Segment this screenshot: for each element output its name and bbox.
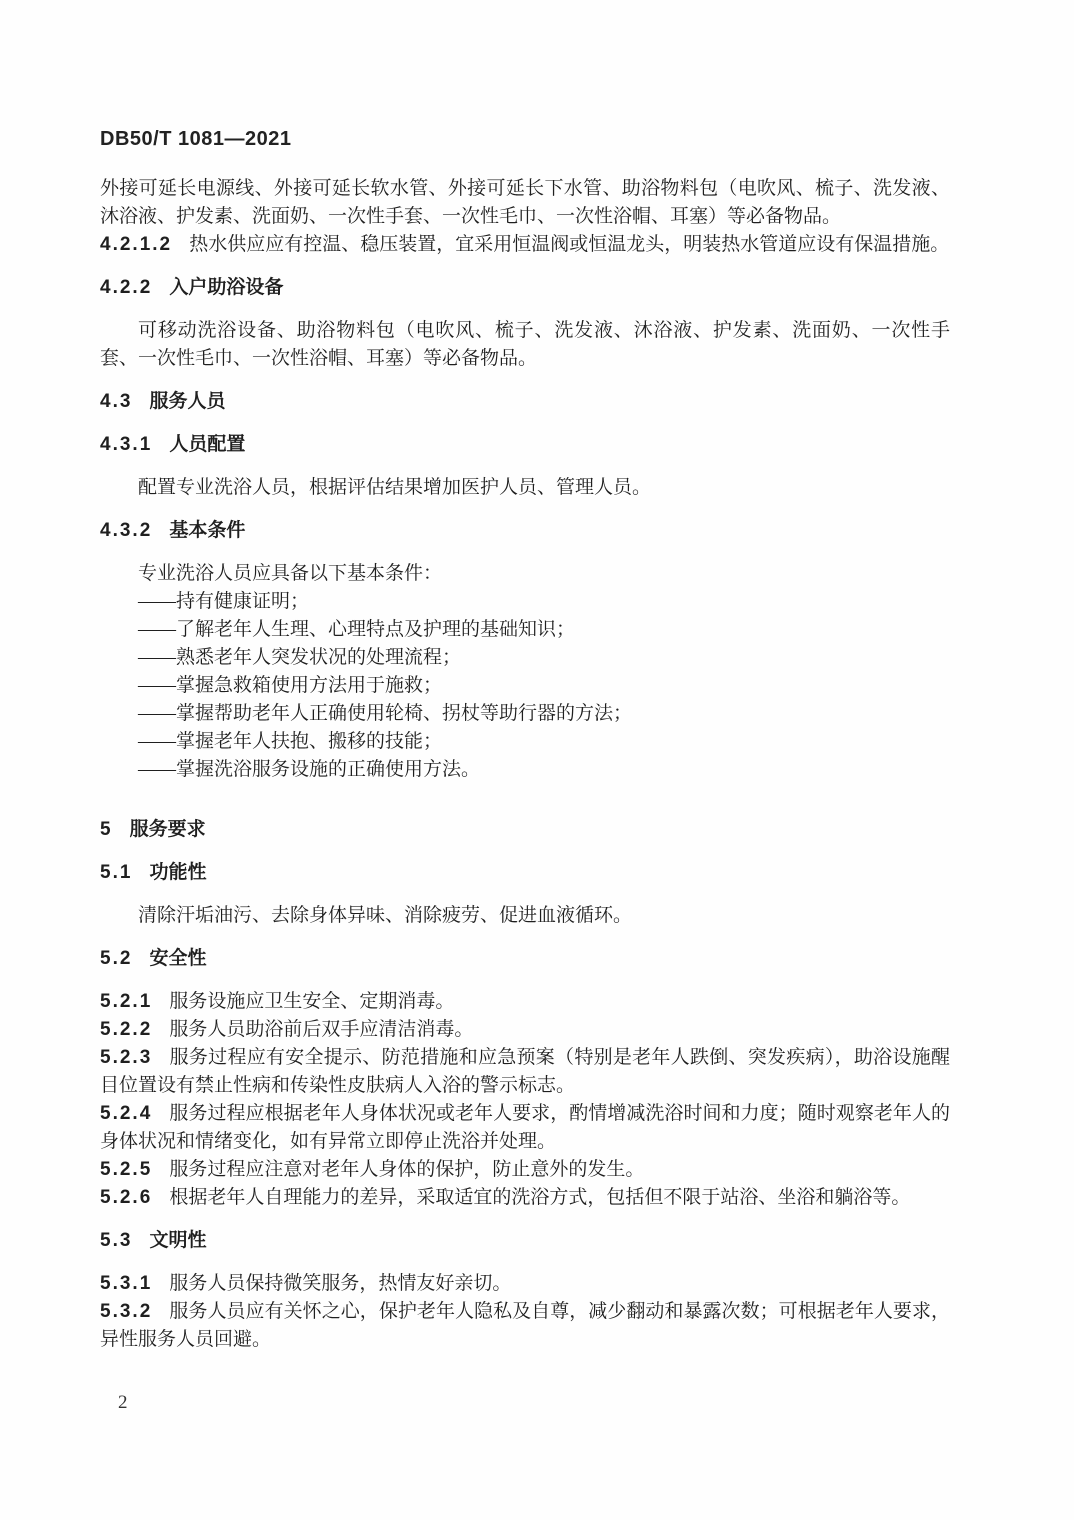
heading-5-1: 5.1功能性 xyxy=(100,859,950,887)
heading-4-3-2: 4.3.2基本条件 xyxy=(100,517,950,545)
paragraph-4-2-2: 可移动洗浴设备、助浴物料包（电吹风、梳子、洗发液、沐浴液、护发素、洗面奶、一次性… xyxy=(100,317,950,373)
heading-number: 4.2.2 xyxy=(100,277,152,298)
list-item: ——掌握帮助老年人正确使用轮椅、拐杖等助行器的方法； xyxy=(100,700,950,728)
heading-title: 功能性 xyxy=(150,862,207,883)
clause-text: 服务设施应卫生安全、定期消毒。 xyxy=(169,991,454,1012)
heading-5-3: 5.3文明性 xyxy=(100,1227,950,1255)
clause-text: 服务人员助浴前后双手应清洁消毒。 xyxy=(169,1019,473,1040)
heading-number: 5.2 xyxy=(100,948,132,969)
clause-text: 根据老年人自理能力的差异，采取适宜的洗浴方式，包括但不限于站浴、坐浴和躺浴等。 xyxy=(169,1187,910,1208)
standard-number-header: DB50/T 1081—2021 xyxy=(100,128,291,151)
heading-4-3-1: 4.3.1人员配置 xyxy=(100,431,950,459)
document-page: DB50/T 1081—2021 外接可延长电源线、外接可延长软水管、外接可延长… xyxy=(0,0,1074,1520)
page-number: 2 xyxy=(118,1392,128,1414)
clause-5-3-2: 5.3.2服务人员应有关怀之心，保护老年人隐私及自尊，减少翻动和暴露次数；可根据… xyxy=(100,1298,950,1354)
heading-title: 人员配置 xyxy=(169,434,245,455)
clause-4-2-1-2: 4.2.1.2热水供应应有控温、稳压装置，宜采用恒温阀或恒温龙头，明装热水管道应… xyxy=(100,231,950,259)
heading-title: 服务要求 xyxy=(130,819,206,840)
list-item: ——熟悉老年人突发状况的处理流程； xyxy=(100,644,950,672)
clause-5-2-3: 5.2.3服务过程应有安全提示、防范措施和应急预案（特别是老年人跌倒、突发疾病）… xyxy=(100,1044,950,1100)
paragraph-5-1: 清除汗垢油污、去除身体异味、消除疲劳、促进血液循环。 xyxy=(100,902,950,930)
heading-5-2: 5.2安全性 xyxy=(100,945,950,973)
clause-5-2-5: 5.2.5服务过程应注意对老年人身体的保护，防止意外的发生。 xyxy=(100,1156,950,1184)
list-item: ——了解老年人生理、心理特点及护理的基础知识； xyxy=(100,616,950,644)
list-item: ——掌握洗浴服务设施的正确使用方法。 xyxy=(100,756,950,784)
document-content: 外接可延长电源线、外接可延长软水管、外接可延长下水管、助浴物料包（电吹风、梳子、… xyxy=(100,175,950,1354)
heading-number: 4.3.1 xyxy=(100,434,152,455)
clause-number: 4.2.1.2 xyxy=(100,234,172,255)
heading-title: 基本条件 xyxy=(169,520,245,541)
clause-number: 5.2.5 xyxy=(100,1159,152,1180)
heading-number: 5 xyxy=(100,819,113,840)
heading-number: 5.3 xyxy=(100,1230,132,1251)
clause-number: 5.2.3 xyxy=(100,1047,152,1068)
clause-5-3-1: 5.3.1服务人员保持微笑服务，热情友好亲切。 xyxy=(100,1270,950,1298)
list-item: ——持有健康证明； xyxy=(100,588,950,616)
clause-5-2-1: 5.2.1服务设施应卫生安全、定期消毒。 xyxy=(100,988,950,1016)
clause-text: 服务过程应有安全提示、防范措施和应急预案（特别是老年人跌倒、突发疾病），助浴设施… xyxy=(100,1047,950,1096)
clause-number: 5.2.6 xyxy=(100,1187,152,1208)
clause-number: 5.3.2 xyxy=(100,1301,152,1322)
clause-5-2-4: 5.2.4服务过程应根据老年人身体状况或老年人要求，酌情增减洗浴时间和力度；随时… xyxy=(100,1100,950,1156)
clause-5-2-2: 5.2.2服务人员助浴前后双手应清洁消毒。 xyxy=(100,1016,950,1044)
heading-5: 5服务要求 xyxy=(100,816,950,844)
clause-number: 5.2.4 xyxy=(100,1103,152,1124)
heading-4-2-2: 4.2.2入户助浴设备 xyxy=(100,274,950,302)
clause-text: 服务人员应有关怀之心，保护老年人隐私及自尊，减少翻动和暴露次数；可根据老年人要求… xyxy=(100,1301,950,1350)
clause-5-2-6: 5.2.6根据老年人自理能力的差异，采取适宜的洗浴方式，包括但不限于站浴、坐浴和… xyxy=(100,1184,950,1212)
heading-title: 入户助浴设备 xyxy=(169,277,283,298)
clause-text: 服务过程应根据老年人身体状况或老年人要求，酌情增减洗浴时间和力度；随时观察老年人… xyxy=(100,1103,950,1152)
heading-title: 服务人员 xyxy=(150,391,226,412)
heading-title: 文明性 xyxy=(150,1230,207,1251)
heading-number: 4.3.2 xyxy=(100,520,152,541)
clause-text: 热水供应应有控温、稳压装置，宜采用恒温阀或恒温龙头，明装热水管道应设有保温措施。 xyxy=(189,234,949,255)
heading-number: 4.3 xyxy=(100,391,132,412)
paragraph-equipment-items-continuation: 外接可延长电源线、外接可延长软水管、外接可延长下水管、助浴物料包（电吹风、梳子、… xyxy=(100,175,950,231)
list-item: ——掌握急救箱使用方法用于施救； xyxy=(100,672,950,700)
paragraph-4-3-2-intro: 专业洗浴人员应具备以下基本条件： xyxy=(100,560,950,588)
heading-title: 安全性 xyxy=(150,948,207,969)
clause-number: 5.2.1 xyxy=(100,991,152,1012)
heading-4-3: 4.3服务人员 xyxy=(100,388,950,416)
clause-text: 服务过程应注意对老年人身体的保护，防止意外的发生。 xyxy=(169,1159,644,1180)
paragraph-4-3-1: 配置专业洗浴人员，根据评估结果增加医护人员、管理人员。 xyxy=(100,474,950,502)
list-item: ——掌握老年人扶抱、搬移的技能； xyxy=(100,728,950,756)
clause-text: 服务人员保持微笑服务，热情友好亲切。 xyxy=(169,1273,511,1294)
clause-number: 5.2.2 xyxy=(100,1019,152,1040)
heading-number: 5.1 xyxy=(100,862,132,883)
clause-number: 5.3.1 xyxy=(100,1273,152,1294)
basic-conditions-list: ——持有健康证明； ——了解老年人生理、心理特点及护理的基础知识； ——熟悉老年… xyxy=(100,588,950,784)
